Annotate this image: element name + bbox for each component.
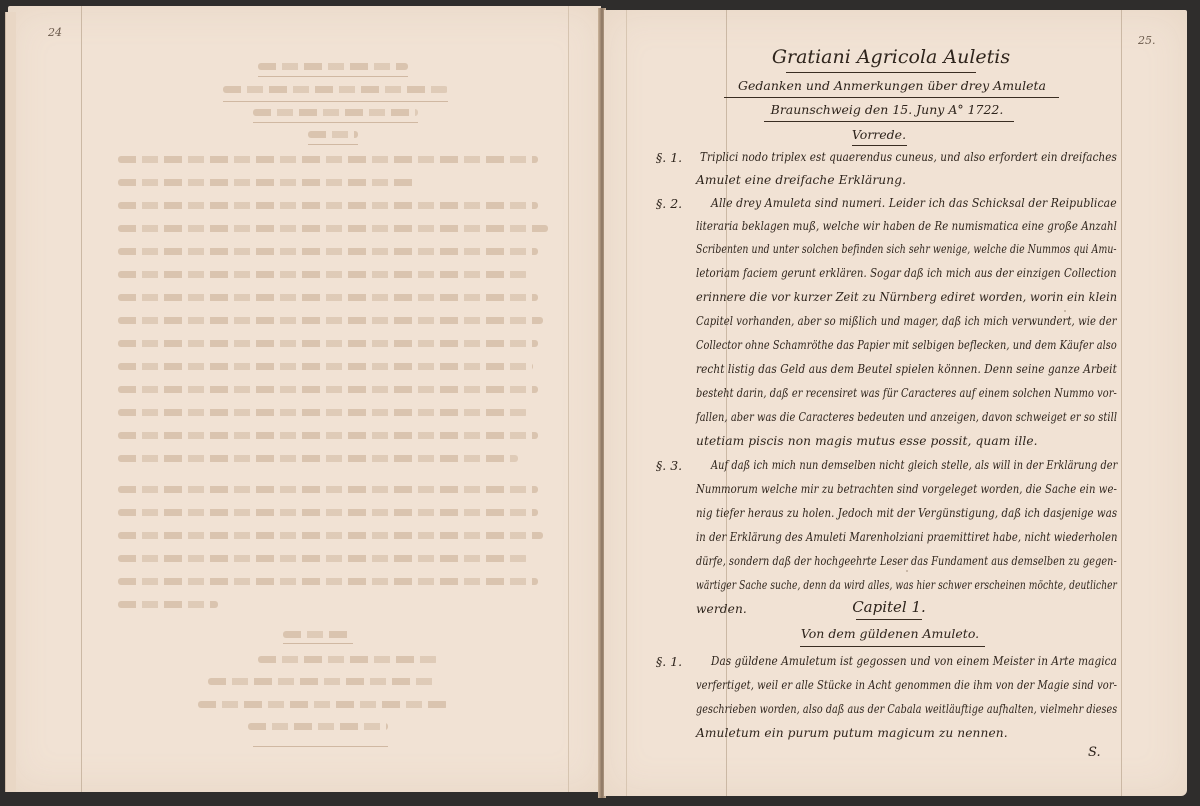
text-line: utetiam piscis non magis mutus esse poss… <box>696 434 1038 448</box>
text-line: werden. <box>696 602 747 616</box>
chapter-title-underline <box>856 619 922 620</box>
preface-underline <box>852 145 907 146</box>
document-title: Gratiani Agricola Auletis <box>761 46 1021 68</box>
margin-rule-right <box>1121 10 1122 796</box>
text-line: nig tiefer heraus zu holen. Jedoch mit d… <box>696 506 1117 520</box>
text-line: Alle drey Amuleta sind numeri. Leider ic… <box>711 196 1117 210</box>
margin-rule-right <box>568 6 569 792</box>
text-line: geschrieben worden, also daß aus der Cab… <box>696 702 1117 716</box>
page-edge <box>5 12 16 792</box>
catchword: S. <box>1088 745 1101 760</box>
section-mark: §. 2. <box>656 196 682 211</box>
paper-speck <box>906 570 908 572</box>
left-page: 24 <box>8 6 601 792</box>
text-line: Triplici nodo triplex est quaerendus cun… <box>700 150 1117 164</box>
document-subtitle: Gedanken und Anmerkungen über drey Amule… <box>722 78 1062 93</box>
chapter-title: Capitel 1. <box>839 598 939 616</box>
document-date-line: Braunschweig den 15. Juny A° 1722. <box>752 102 1022 117</box>
text-line: literaria beklagen muß, welche wir haben… <box>696 219 1117 233</box>
text-line: Collector ohne Schamröthe das Papier mit… <box>696 338 1117 352</box>
chapter-subtitle-underline <box>800 646 985 647</box>
section-mark: §. 3. <box>656 458 682 473</box>
text-line: fallen, aber was die Caracteres bedeuten… <box>696 410 1117 424</box>
text-line: Nummorum welche mir zu betrachten sind v… <box>696 482 1117 496</box>
margin-rule-left <box>81 6 82 792</box>
text-line: dürfe, sondern daß der hochgeehrte Leser… <box>696 554 1117 568</box>
page-number-right: 25. <box>1138 34 1156 47</box>
right-page: 25. Gratiani Agricola Auletis Gedanken u… <box>604 10 1187 796</box>
text-line: Amuletum ein purum putum magicum zu nenn… <box>696 726 1008 740</box>
text-line: Auf daß ich mich nun demselben nicht gle… <box>711 458 1117 472</box>
text-line: erinnere die vor kurzer Zeit zu Nürnberg… <box>696 290 1117 304</box>
page-number-left: 24 <box>48 26 62 39</box>
text-line: Scribenten und unter solchen befinden si… <box>696 242 1117 256</box>
preface-heading: Vorrede. <box>849 127 909 142</box>
text-line: in der Erklärung des Amuleti Marenholzia… <box>696 530 1118 544</box>
margin-rule-left <box>626 10 627 796</box>
manuscript-spread: 24 <box>0 0 1200 806</box>
text-line: Amulet eine dreifache Erklärung. <box>696 173 906 187</box>
text-line: recht listig das Geld aus dem Beutel spi… <box>696 362 1117 376</box>
text-line: wärtiger Sache suche, denn da wird alles… <box>696 578 1117 592</box>
text-line: verfertiget, weil er alle Stücke in Acht… <box>696 678 1117 692</box>
text-line: Capitel vorhanden, aber so mißlich und m… <box>696 314 1117 328</box>
section-mark: §. 1. <box>656 150 682 165</box>
text-line: besteht darin, daß er recensiret was für… <box>696 386 1117 400</box>
text-line: Das güldene Amuletum ist gegossen und vo… <box>711 654 1117 668</box>
subtitle-underline <box>724 97 1059 98</box>
section-mark: §. 1. <box>656 654 682 669</box>
paper-speck <box>1064 310 1066 312</box>
date-underline <box>764 121 1014 122</box>
chapter-subtitle: Von dem güldenen Amuleto. <box>790 626 990 641</box>
text-line: letoriam faciem gerunt erklären. Sogar d… <box>696 266 1117 280</box>
title-underline <box>786 72 976 73</box>
